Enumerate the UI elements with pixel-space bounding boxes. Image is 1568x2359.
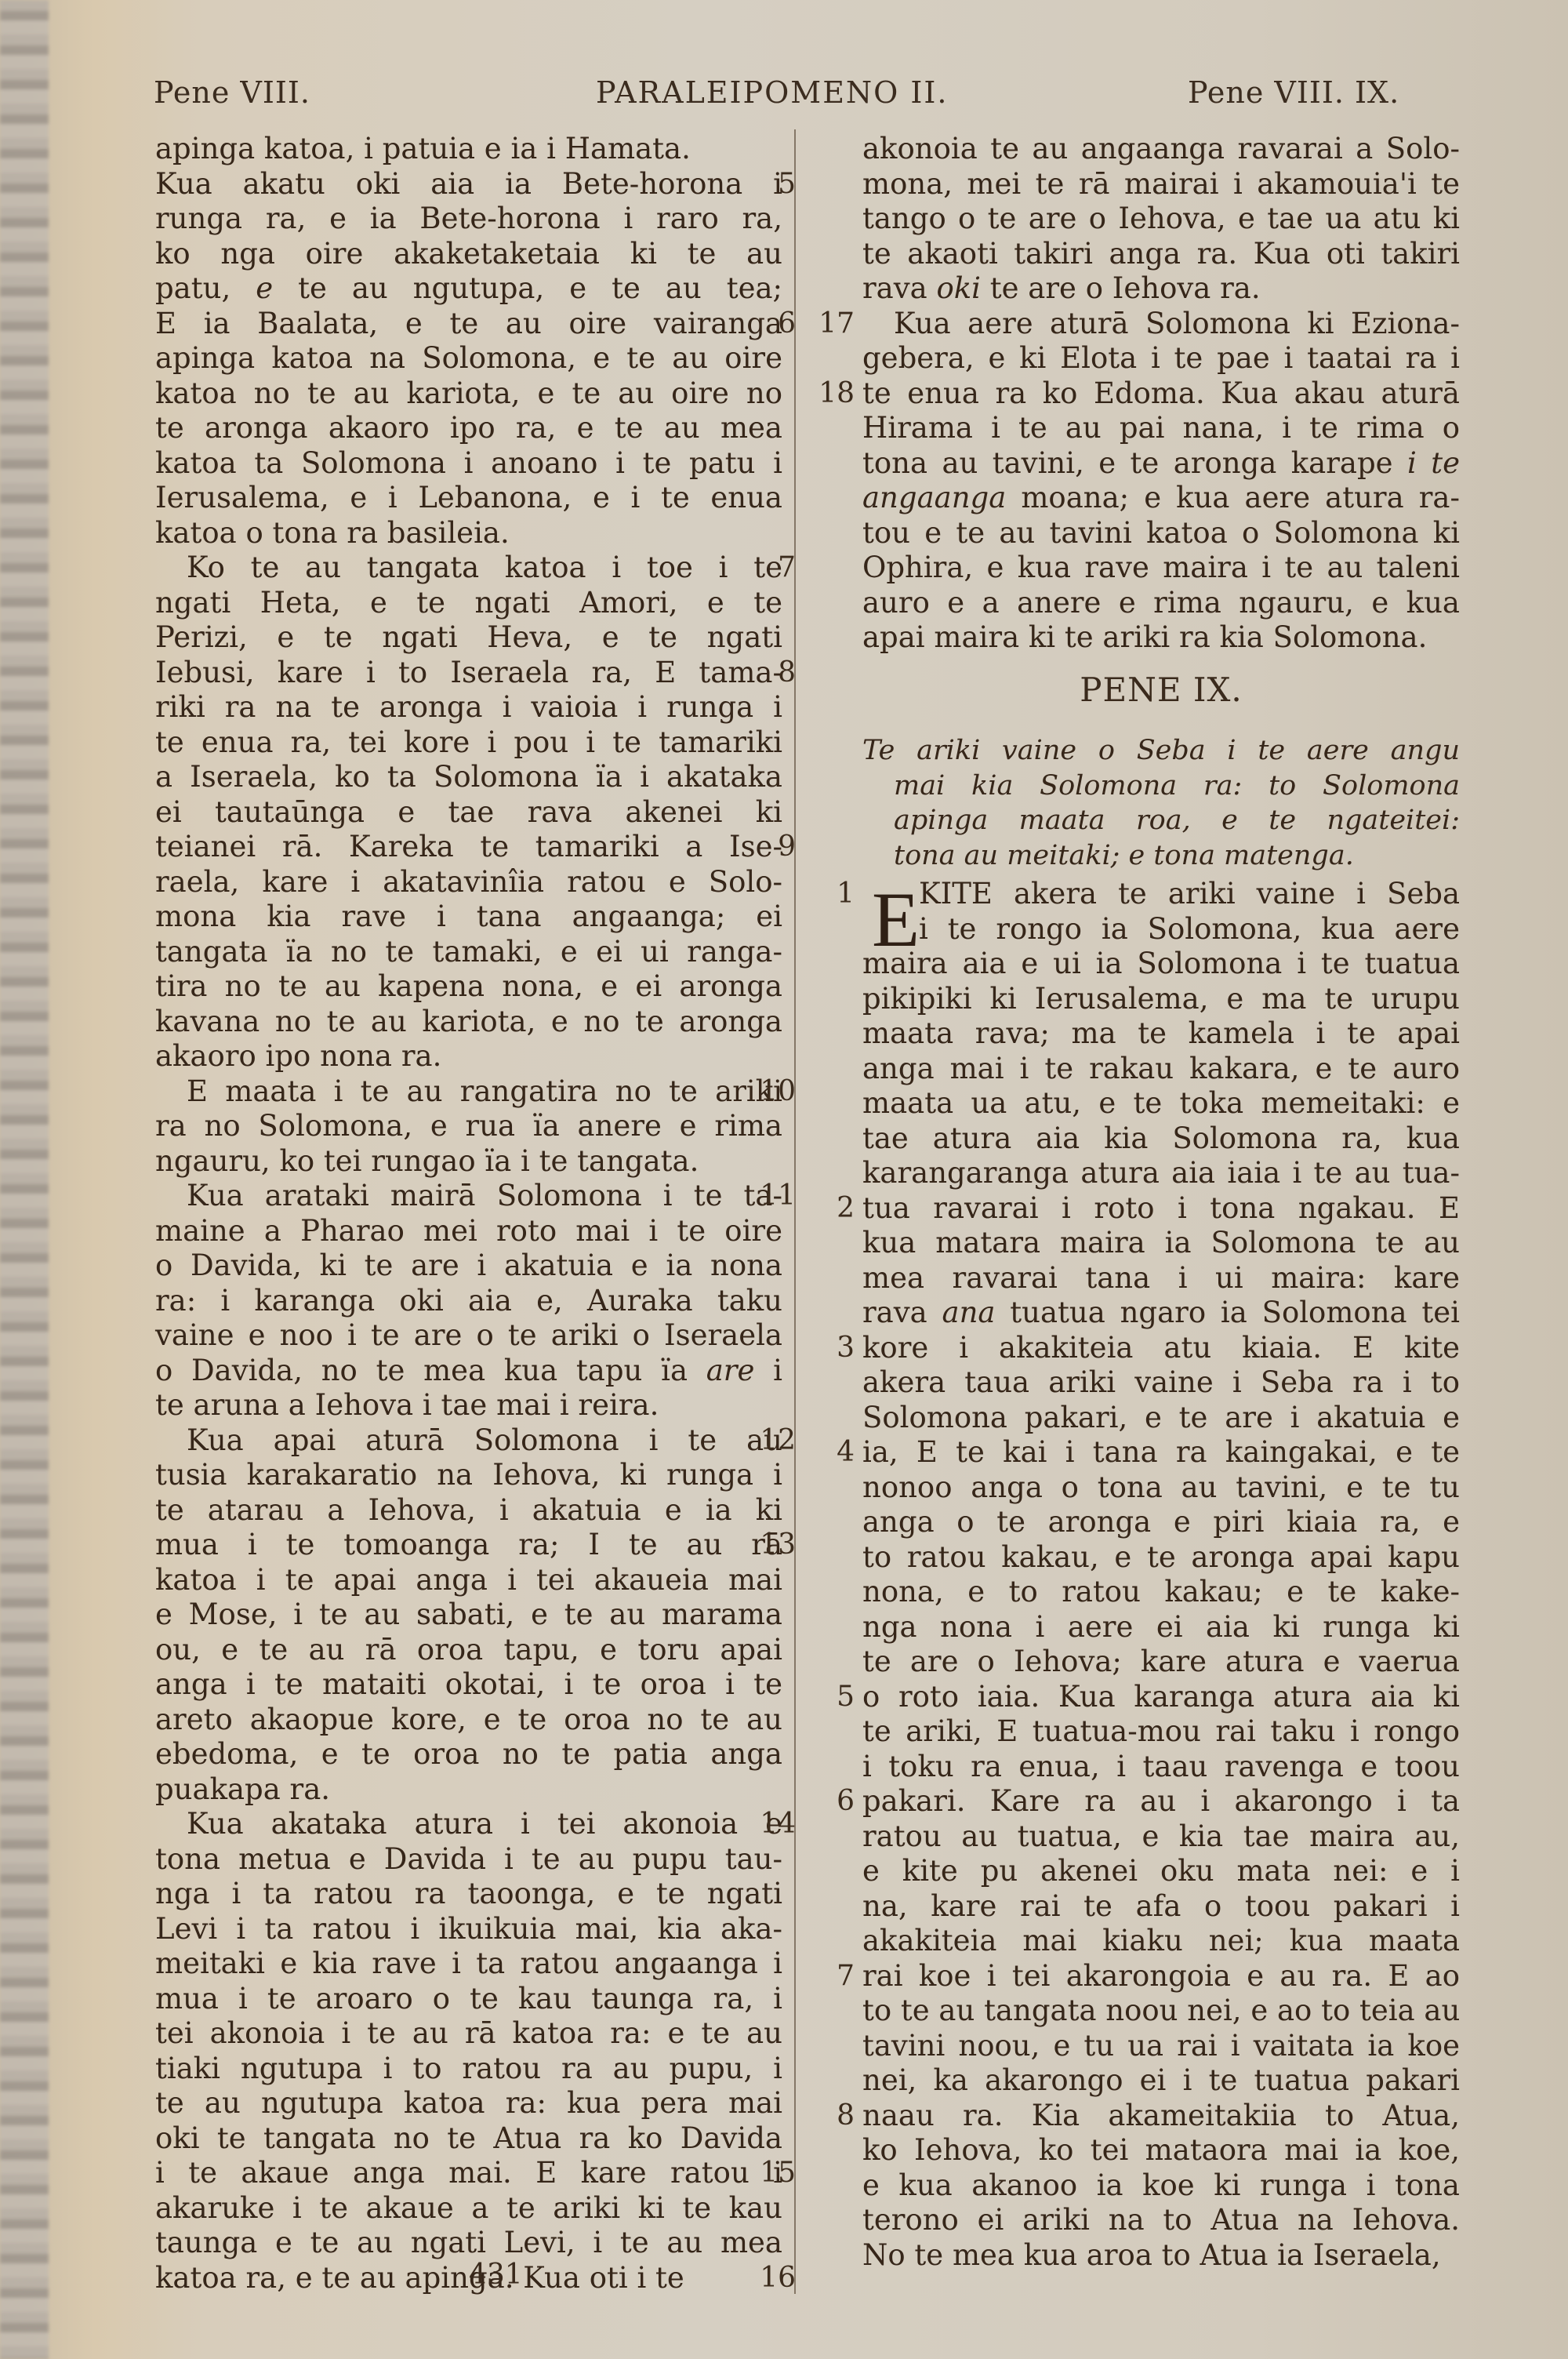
text-line: areto akaopue kore, e te oroa no te au (155, 1703, 782, 1737)
text-line: kua matara maira ia Solomona te au (862, 1226, 1460, 1260)
text-line: oki te tangata no te Atua ra ko Davida (155, 2121, 782, 2156)
text-line: akera taua ariki vaine i Seba ra i to (862, 1365, 1460, 1400)
text-line: ou, e te au rā oroa tapu, e toru apai (155, 1633, 782, 1667)
text-line: katoa o tona ra basileia. (155, 516, 782, 551)
text-line: tona au tavini, e te aronga karape i te (862, 446, 1460, 481)
text-line: apinga katoa na Solomona, e te au oire (155, 341, 782, 376)
verse-number: 10 (749, 1074, 796, 1109)
verse-number: 17 (808, 307, 855, 341)
text-line: mea ravarai tana i ui maira: kare (862, 1261, 1460, 1296)
text-line: patu, e te au ngutupa, e te au tea; (155, 271, 782, 306)
text-line: meitaki e kia rave i ta ratou angaanga i (155, 1946, 782, 1981)
text-line: terono ei ariki na to Atua na Iehova. (862, 2203, 1460, 2237)
text-line: o Davida, no te mea kua tapu ïa are i (155, 1354, 782, 1388)
verse-number: 16 (749, 2261, 796, 2295)
verse-number: 18 (808, 376, 855, 411)
text-line: Kua arataki mairā Solomona i te ta- (187, 1179, 782, 1213)
text-line: te akaoti takiri anga ra. Kua oti takiri (862, 237, 1460, 271)
text-line: te au ngutupa katoa ra: kua pera mai (155, 2086, 782, 2121)
verse-number: 6 (808, 1784, 855, 1819)
text-line: i toku ra enua, i taau ravenga e toou (862, 1750, 1460, 1784)
text-line: rava oki te are o Iehova ra. (862, 271, 1460, 306)
text-line: katoa no te au kariota, e te au oire no (155, 376, 782, 411)
drop-cap: E (872, 885, 920, 955)
verse-number: 6 (749, 307, 796, 341)
text-line: tona metua e Davida i te au pupu tau- (155, 1842, 782, 1877)
verse-number: 5 (749, 167, 796, 202)
text-line: kavana no te au kariota, e no te aronga (155, 1005, 782, 1039)
text-line: te ariki, E tuatua-mou rai taku i rongo (862, 1714, 1460, 1749)
text-line: tua ravarai i roto i tona ngakau. E (862, 1191, 1460, 1226)
text-line: angaanga moana; e kua aere atura ra- (862, 481, 1460, 515)
text-line: anga i te mataiti okotai, i te oroa i te (155, 1667, 782, 1702)
text-line: ra no Solomona, e rua ïa anere e rima (155, 1109, 782, 1143)
text-line: nona, e to ratou kakau; e te kake- (862, 1575, 1460, 1609)
text-line: ko nga oire akaketaketaia ki te au (155, 237, 782, 271)
verse-number: 1 (808, 877, 855, 911)
text-line: e kite pu akenei oku mata nei: e i (862, 1854, 1460, 1888)
text-line: te enua ra, tei kore i pou i te tamariki (155, 725, 782, 760)
text-line: te aruna a Iehova i tae mai i reira. (155, 1388, 782, 1423)
text-line: tiaki ngutupa i to ratou ra au pupu, i (155, 2052, 782, 2086)
text-line: teianei rā. Kareka te tamariki a Ise- (155, 830, 782, 864)
text-line: runga ra, e ia Bete-horona i raro ra, (155, 202, 782, 236)
text-line: Kua apai aturā Solomona i te au (187, 1423, 782, 1458)
text-line: Iebusi, kare i to Iseraela ra, E tama- (155, 656, 782, 690)
verse-number: 14 (749, 1807, 796, 1841)
text-line: na, kare rai te afa o toou pakari i (862, 1889, 1460, 1924)
text-line: mua i te aroaro o te kau taunga ra, i (155, 1982, 782, 2016)
text-line: maira aia e ui ia Solomona i te tuatua (862, 947, 1460, 981)
text-line: katoa ta Solomona i anoano i te patu i (155, 446, 782, 481)
text-line: gebera, e ki Elota i te pae i taatai ra … (862, 341, 1460, 376)
text-line: Ophira, e kua rave maira i te au taleni (862, 551, 1460, 585)
verse-number: 7 (749, 551, 796, 585)
text-line: Solomona pakari, e te are i akatuia e (862, 1401, 1460, 1435)
text-line: Ko te au tangata katoa i toe i te (187, 551, 782, 585)
text-line: apinga katoa, i patuia e ia i Hamata. (155, 132, 782, 166)
text-line: Levi i ta ratou i ikuikuia mai, kia aka- (155, 1912, 782, 1946)
text-line: akaruke i te akaue a te ariki ki te kau (155, 2191, 782, 2226)
text-line: tusia karakaratio na Iehova, ki runga i (155, 1458, 782, 1492)
text-line: puakapa ra. (155, 1772, 782, 1807)
text-line: Kua aere aturā Solomona ki Eziona- (894, 307, 1460, 341)
verse-number: 13 (749, 1528, 796, 1562)
text-line: i te akaue anga mai. E kare ratou i (155, 2156, 782, 2190)
text-line: o roto iaia. Kua karanga atura aia ki (862, 1680, 1460, 1714)
verse-number: 7 (808, 1959, 855, 1994)
text-line: te enua ra ko Edoma. Kua akau aturā (862, 376, 1460, 411)
text-line: apai maira ki te ariki ra kia Solomona. (862, 620, 1460, 655)
text-line: tango o te are o Iehova, e tae ua atu ki (862, 202, 1460, 236)
text-line: pakari. Kare ra au i akarongo i ta (862, 1784, 1460, 1819)
text-line: Perizi, e te ngati Heva, e te ngati (155, 620, 782, 655)
verse-number: 5 (808, 1680, 855, 1714)
text-line: ngauru, ko tei rungao ïa i te tangata. (155, 1144, 782, 1179)
text-line: akakiteia mai kiaku nei; kua maata (862, 1924, 1460, 1958)
text-line: a Iseraela, ko ta Solomona ïa i akataka (155, 760, 782, 794)
verse-number: 4 (808, 1435, 855, 1470)
verse-number: 8 (808, 2099, 855, 2133)
text-line: e Mose, i te au sabati, e te au marama (155, 1598, 782, 1632)
text-line: ngati Heta, e te ngati Amori, e te (155, 586, 782, 620)
text-line: katoa i te apai anga i tei akaueia mai (155, 1563, 782, 1598)
text-line: tae atura aia kia Solomona ra, kua (862, 1121, 1460, 1156)
text-line: maine a Pharao mei roto mai i te oire (155, 1214, 782, 1249)
text-line: to te au tangata noou nei, e ao to teia … (862, 1994, 1460, 2028)
text-line: tou e te au tavini katoa o Solomona ki (862, 516, 1460, 551)
text-line: pikipiki ki Ierusalema, e ma te urupu (862, 982, 1460, 1016)
text-line: ebedoma, e te oroa no te patia anga (155, 1737, 782, 1772)
verse-number: 3 (808, 1331, 855, 1365)
text-line: tei akonoia i te au rā katoa ra: e te au (155, 2016, 782, 2051)
running-head-title: PARALEIPOMENO II. (596, 75, 949, 110)
text-line: riki ra na te aronga i vaioia i runga i (155, 690, 782, 725)
text-line: karangaranga atura aia iaia i te au tua- (862, 1156, 1460, 1190)
text-line: o Davida, ki te are i akatuia e ia nona (155, 1249, 782, 1283)
text-line: rava ana tuatua ngaro ia Solomona tei (862, 1296, 1460, 1330)
text-line: maata rava; ma te kamela i te apai (862, 1016, 1460, 1051)
verse-number: 2 (808, 1191, 855, 1226)
running-head-right: Pene VIII. IX. (1188, 75, 1399, 110)
text-line: rai koe i tei akarongoia e au ra. E ao (862, 1959, 1460, 1994)
text-line: te aronga akaoro ipo ra, e te au mea (155, 411, 782, 445)
text-line: nonoo anga o tona au tavini, e te tu (862, 1470, 1460, 1505)
text-line: taunga e te au ngati Levi, i te au mea (155, 2226, 782, 2260)
chapter-summary-line: tona au meitaki; e tona matenga. (894, 838, 1460, 873)
text-line: nga nona i aere ei aia ki runga ki (862, 1610, 1460, 1645)
text-line: nga i ta ratou ra taoonga, e te ngati (155, 1877, 782, 1911)
text-line: anga mai i te rakau kakara, e te auro (862, 1052, 1460, 1086)
text-line: maata ua atu, e te toka memeitaki: e (862, 1086, 1460, 1121)
text-line: i te rongo ia Solomona, kua aere (919, 912, 1460, 947)
text-line: No te mea kua aroa to Atua ia Iseraela, (862, 2238, 1460, 2273)
text-line: raela, kare i akatavinîia ratou e Solo- (155, 865, 782, 900)
text-line: kore i akakiteia atu kiaia. E kite (862, 1331, 1460, 1365)
chapter-heading: PENE IX. (862, 671, 1460, 709)
text-line: e kua akanoo ia koe ki runga i tona (862, 2168, 1460, 2203)
text-line: ra: i karanga oki aia e, Auraka taku (155, 1284, 782, 1318)
verse-number: 15 (749, 2156, 796, 2190)
book-page: Pene VIII. PARALEIPOMENO II. Pene VIII. … (0, 0, 1568, 2359)
text-line: Kua akatu oki aia ia Bete-horona i (155, 167, 782, 202)
text-line: E maata i te au rangatira no te ariki (187, 1074, 782, 1109)
verse-number: 12 (749, 1423, 796, 1458)
text-line: to ratou kakau, e te aronga apai kapu (862, 1540, 1460, 1575)
text-line: ratou au tuatua, e kia tae maira au, (862, 1819, 1460, 1854)
running-head-left: Pene VIII. (154, 75, 310, 110)
page-number: 431 (469, 2259, 523, 2291)
text-line: ia, E te kai i tana ra kaingakai, e te (862, 1435, 1460, 1470)
text-line: mona kia rave i tana angaanga; ei (155, 900, 782, 934)
chapter-summary-line: mai kia Solomona ra: to Solomona (894, 769, 1460, 803)
chapter-summary-line: Te ariki vaine o Seba i te aere angu (862, 733, 1460, 768)
text-line: anga o te aronga e piri kiaia ra, e (862, 1505, 1460, 1539)
verse-number: 9 (749, 830, 796, 864)
text-line: Hirama i te au pai nana, i te rima o (862, 411, 1460, 445)
text-line: Ierusalema, e i Lebanona, e i te enua (155, 481, 782, 515)
text-line: mua i te tomoanga ra; I te au rā (155, 1528, 782, 1562)
text-line: naau ra. Kia akameitakiia to Atua, (862, 2099, 1460, 2133)
text-line: te atarau a Iehova, i akatuia e ia ki (155, 1493, 782, 1528)
chapter-summary-line: apinga maata roa, e te ngateitei: (894, 803, 1460, 838)
text-line: tavini noou, e tu ua rai i vaitata ia ko… (862, 2029, 1460, 2063)
text-line: nei, ka akarongo ei i te tuatua pakari (862, 2063, 1460, 2098)
text-line: tira no te au kapena nona, e ei aronga (155, 969, 782, 1004)
text-line: ei tautaūnga e tae rava akenei ki (155, 795, 782, 830)
text-line: akaoro ipo nona ra. (155, 1039, 782, 1074)
text-line: vaine e noo i te are o te ariki o Iserae… (155, 1318, 782, 1353)
text-line: mona, mei te rā mairai i akamouia'i te (862, 167, 1460, 202)
text-line: Kua akataka atura i tei akonoia e (187, 1807, 782, 1841)
verse-number: 11 (749, 1179, 796, 1213)
text-line: ko Iehova, ko tei mataora mai ia koe, (862, 2133, 1460, 2168)
text-line: auro e a anere e rima ngauru, e kua (862, 586, 1460, 620)
text-line: akonoia te au angaanga ravarai a Solo- (862, 132, 1460, 166)
text-line: KITE akera te ariki vaine i Seba (919, 877, 1460, 911)
text-line: E ia Baalata, e te au oire vairanga (155, 307, 782, 341)
text-line: te are o Iehova; kare atura e vaerua (862, 1645, 1460, 1679)
adjacent-page-edge (0, 0, 49, 2359)
text-line: tangata ïa no te tamaki, e ei ui ranga- (155, 935, 782, 969)
verse-number: 8 (749, 656, 796, 690)
